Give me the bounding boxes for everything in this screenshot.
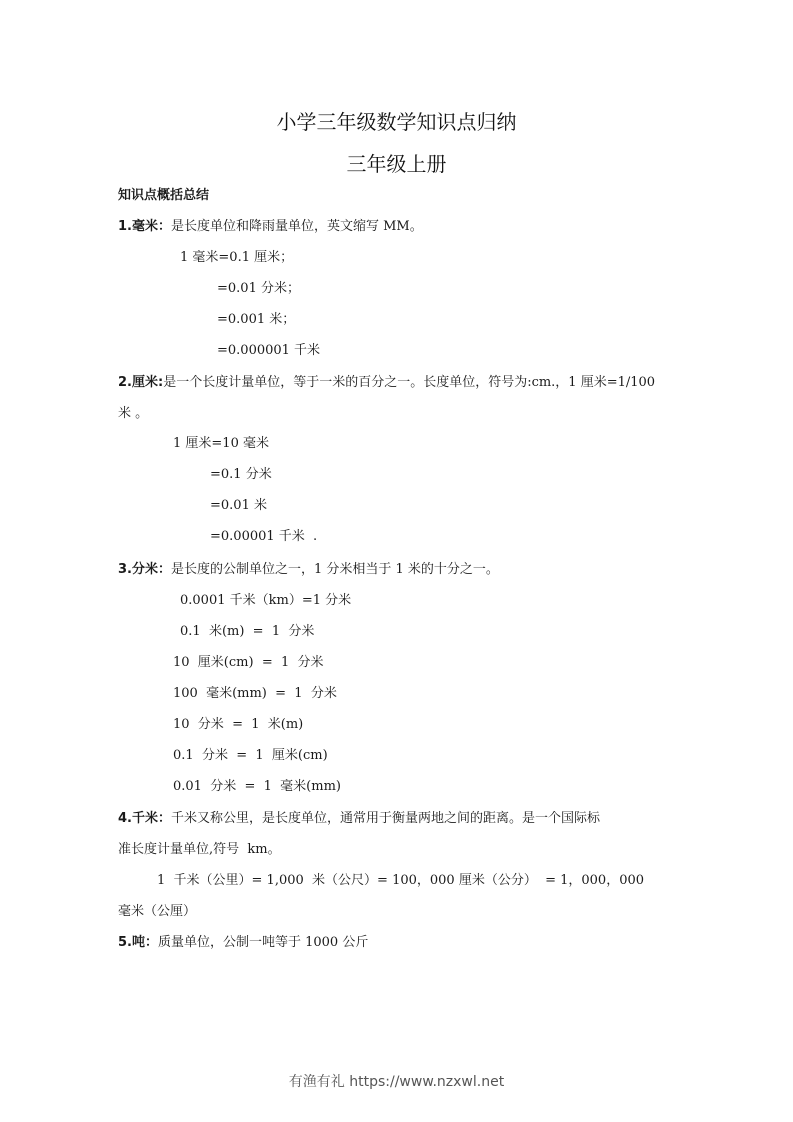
item-4-line: 毫米（公厘） bbox=[118, 904, 196, 920]
item-3-label: 3.分米： bbox=[118, 562, 171, 577]
item-3-line: 10 分米 = 1 米(m) bbox=[173, 717, 303, 733]
item-4-line: 1 千米（公里）= 1,000 米（公尺）= 100，000 厘米（公分） = … bbox=[157, 873, 644, 889]
item-1-line: 1 毫米=0.1 厘米； bbox=[180, 250, 293, 266]
document-subtitle: 三年级上册 bbox=[0, 148, 793, 177]
item-2-line: =0.01 米 bbox=[210, 498, 267, 514]
item-1-line: =0.000001 千米 bbox=[217, 343, 320, 359]
item-4-header: 4.千米：千米又称公里，是长度单位，通常用于衡量两地之间的距离。是一个国际标 bbox=[118, 811, 600, 827]
item-2-desc-cont: 米 。 bbox=[118, 406, 148, 422]
item-2-line: =0.00001 千米 . bbox=[210, 529, 317, 545]
item-2-line: =0.1 分米 bbox=[210, 467, 272, 483]
footer-watermark: 有渔有礼 https://www.nzxwl.net bbox=[0, 1071, 793, 1091]
item-3-header: 3.分米：是长度的公制单位之一，1 分米相当于 1 米的十分之一。 bbox=[118, 562, 499, 578]
item-3-line: 0.01 分米 = 1 毫米(mm) bbox=[173, 779, 341, 795]
item-3-line: 0.0001 千米（km）=1 分米 bbox=[180, 593, 351, 609]
item-4-label: 4.千米： bbox=[118, 811, 171, 826]
document-title: 小学三年级数学知识点归纳 bbox=[0, 106, 793, 135]
item-3-line: 0.1 分米 = 1 厘米(cm) bbox=[173, 748, 328, 764]
item-1-line: =0.001 米； bbox=[217, 312, 295, 328]
item-1-desc: 是长度单位和降雨量单位，英文缩写 MM。 bbox=[171, 219, 423, 234]
item-5-desc: 质量单位，公制一吨等于 1000 公斤 bbox=[158, 935, 368, 950]
item-2-header: 2.厘米:是一个长度计量单位，等于一米的百分之一。长度单位，符号为:cm.，1 … bbox=[118, 375, 655, 391]
section-heading: 知识点概括总结 bbox=[118, 188, 209, 204]
item-2-line: 1 厘米=10 毫米 bbox=[173, 436, 269, 452]
item-5-header: 5.吨：质量单位，公制一吨等于 1000 公斤 bbox=[118, 935, 368, 951]
item-5-label: 5.吨： bbox=[118, 935, 158, 950]
item-3-line: 100 毫米(mm) = 1 分米 bbox=[173, 686, 337, 702]
item-2-label: 2.厘米: bbox=[118, 375, 163, 390]
item-2-desc: 是一个长度计量单位，等于一米的百分之一。长度单位，符号为:cm.，1 厘米=1/… bbox=[163, 375, 655, 390]
item-1-header: 1.毫米：是长度单位和降雨量单位，英文缩写 MM。 bbox=[118, 219, 423, 235]
item-3-line: 10 厘米(cm) = 1 分米 bbox=[173, 655, 324, 671]
item-1-line: =0.01 分米； bbox=[217, 281, 300, 297]
item-1-label: 1.毫米： bbox=[118, 219, 171, 234]
item-3-line: 0.1 米(m) = 1 分米 bbox=[180, 624, 314, 640]
item-3-desc: 是长度的公制单位之一，1 分米相当于 1 米的十分之一。 bbox=[171, 562, 499, 577]
item-4-desc: 千米又称公里，是长度单位，通常用于衡量两地之间的距离。是一个国际标 bbox=[171, 811, 600, 826]
item-4-desc-cont: 准长度计量单位,符号 km。 bbox=[118, 842, 281, 858]
